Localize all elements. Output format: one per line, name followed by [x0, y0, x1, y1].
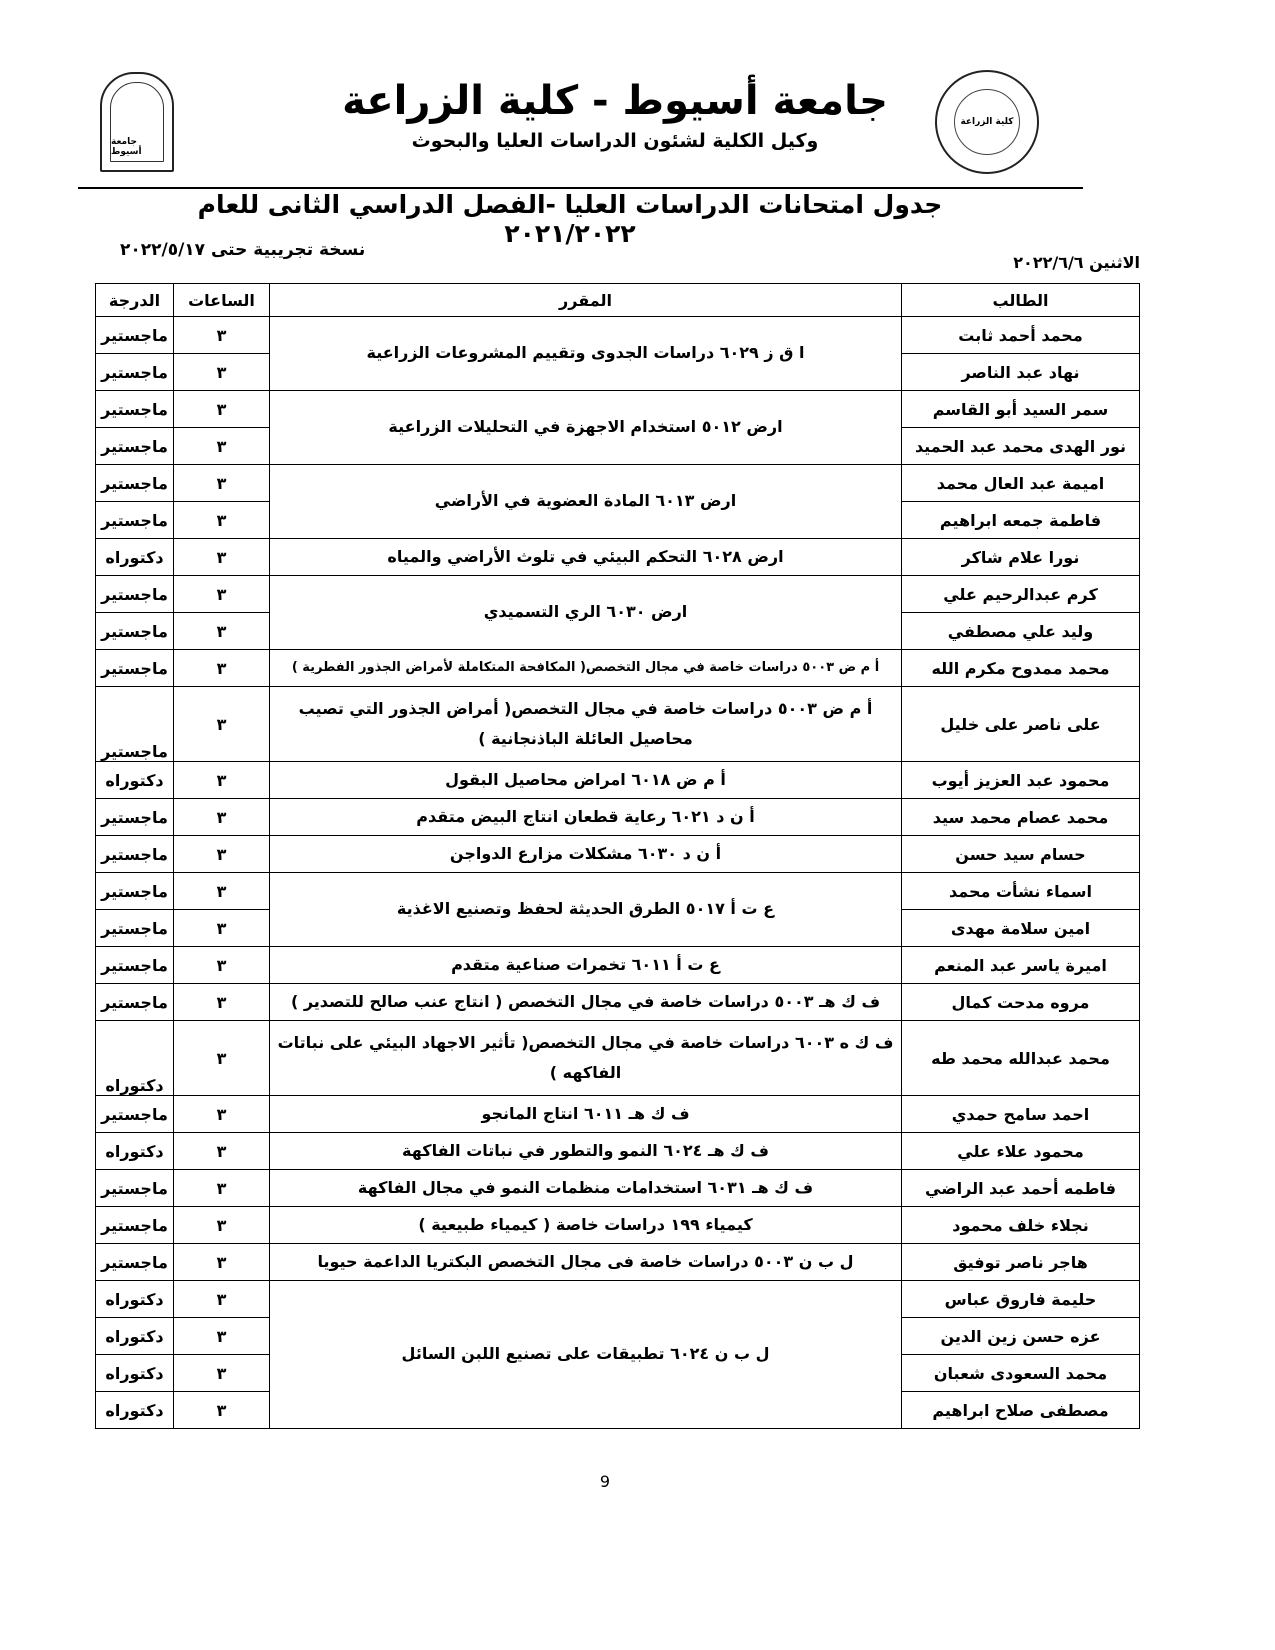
hours-cell: ٣ — [174, 465, 270, 502]
hours-cell: ٣ — [174, 354, 270, 391]
course-cell: ا ق ز ٦٠٢٩ دراسات الجدوى وتقييم المشروعا… — [270, 317, 902, 391]
student-name-cell: محمد السعودى شعبان — [902, 1355, 1140, 1392]
degree-cell: دكتوراه — [96, 1318, 174, 1355]
hours-cell: ٣ — [174, 762, 270, 799]
degree-cell: دكتوراه — [96, 1133, 174, 1170]
table-row: حسام سيد حسنأ ن د ٦٠٣٠ مشكلات مزارع الدو… — [96, 836, 1140, 873]
header-degree: الدرجة — [96, 284, 174, 317]
degree-cell: ماجستير — [96, 317, 174, 354]
course-cell: ف ك ه ٦٠٠٣ دراسات خاصة في مجال التخصص( ت… — [270, 1021, 902, 1096]
exam-schedule-table: الطالب المقرر الساعات الدرجة محمد أحمد ث… — [95, 283, 1140, 1429]
header-course: المقرر — [270, 284, 902, 317]
hours-cell: ٣ — [174, 799, 270, 836]
course-cell: ارض ٥٠١٢ استخدام الاجهزة في التحليلات ال… — [270, 391, 902, 465]
table-row: اسماء نشأت محمدع ت أ ٥٠١٧ الطرق الحديثة … — [96, 873, 1140, 910]
table-body: محمد أحمد ثابتا ق ز ٦٠٢٩ دراسات الجدوى و… — [96, 317, 1140, 1429]
table-row: سمر السيد أبو القاسمارض ٥٠١٢ استخدام الا… — [96, 391, 1140, 428]
student-name-cell: عزه حسن زين الدين — [902, 1318, 1140, 1355]
student-name-cell: نهاد عبد الناصر — [902, 354, 1140, 391]
logo-inner-text: جامعة أسيوط — [110, 82, 164, 162]
hours-cell: ٣ — [174, 502, 270, 539]
hours-cell: ٣ — [174, 910, 270, 947]
student-name-cell: نور الهدى محمد عبد الحميد — [902, 428, 1140, 465]
student-name-cell: نورا علام شاكر — [902, 539, 1140, 576]
student-name-cell: حسام سيد حسن — [902, 836, 1140, 873]
exam-date: الاثنين ٢٠٢٢/٦/٦ — [930, 253, 1140, 272]
student-name-cell: كرم عبدالرحيم علي — [902, 576, 1140, 613]
student-name-cell: مصطفى صلاح ابراهيم — [902, 1392, 1140, 1429]
student-name-cell: محمد عصام محمد سيد — [902, 799, 1140, 836]
degree-cell: ماجستير — [96, 1096, 174, 1133]
table-row: حليمة فاروق عباسل ب ن ٦٠٢٤ تطبيقات على ت… — [96, 1281, 1140, 1318]
degree-cell: ماجستير — [96, 799, 174, 836]
student-name-cell: فاطمه أحمد عبد الراضي — [902, 1170, 1140, 1207]
table-row: نجلاء خلف محمودكيمياء ١٩٩ دراسات خاصة ( … — [96, 1207, 1140, 1244]
student-name-cell: نجلاء خلف محمود — [902, 1207, 1140, 1244]
table-row: محمد أحمد ثابتا ق ز ٦٠٢٩ دراسات الجدوى و… — [96, 317, 1140, 354]
degree-cell: دكتوراه — [96, 1021, 174, 1096]
page-number: 9 — [590, 1472, 620, 1491]
degree-cell: ماجستير — [96, 650, 174, 687]
header-student: الطالب — [902, 284, 1140, 317]
course-cell: ف ك هـ ٥٠٠٣ دراسات خاصة في مجال التخصص (… — [270, 984, 902, 1021]
table-row: نورا علام شاكرارض ٦٠٢٨ التحكم البيئي في … — [96, 539, 1140, 576]
degree-cell: دكتوراه — [96, 539, 174, 576]
student-name-cell: محمد ممدوح مكرم الله — [902, 650, 1140, 687]
course-cell: ارض ٦٠٢٨ التحكم البيئي في تلوث الأراضي و… — [270, 539, 902, 576]
hours-cell: ٣ — [174, 428, 270, 465]
degree-cell: ماجستير — [96, 910, 174, 947]
table-row: محمود علاء عليف ك هـ ٦٠٢٤ النمو والتطور … — [96, 1133, 1140, 1170]
student-name-cell: مروه مدحت كمال — [902, 984, 1140, 1021]
table-row: مروه مدحت كمالف ك هـ ٥٠٠٣ دراسات خاصة في… — [96, 984, 1140, 1021]
hours-cell: ٣ — [174, 1318, 270, 1355]
table-row: على ناصر على خليلأ م ض ٥٠٠٣ دراسات خاصة … — [96, 687, 1140, 762]
hours-cell: ٣ — [174, 1244, 270, 1281]
course-cell: ارض ٦٠٣٠ الري التسميدي — [270, 576, 902, 650]
hours-cell: ٣ — [174, 947, 270, 984]
course-cell: ع ت أ ٥٠١٧ الطرق الحديثة لحفظ وتصنيع الا… — [270, 873, 902, 947]
hours-cell: ٣ — [174, 1133, 270, 1170]
hours-cell: ٣ — [174, 391, 270, 428]
course-cell: أ م ض ٦٠١٨ امراض محاصيل البقول — [270, 762, 902, 799]
hours-cell: ٣ — [174, 539, 270, 576]
student-name-cell: امين سلامة مهدى — [902, 910, 1140, 947]
degree-cell: ماجستير — [96, 984, 174, 1021]
hours-cell: ٣ — [174, 1207, 270, 1244]
table-row: اميمة عبد العال محمدارض ٦٠١٣ المادة العض… — [96, 465, 1140, 502]
table-row: هاجر ناصر توفيقل ب ن ٥٠٠٣ دراسات خاصة فى… — [96, 1244, 1140, 1281]
degree-cell: ماجستير — [96, 613, 174, 650]
university-title: جامعة أسيوط - كلية الزراعة — [250, 78, 980, 124]
hours-cell: ٣ — [174, 1021, 270, 1096]
degree-cell: ماجستير — [96, 428, 174, 465]
course-cell: ف ك هـ ٦٠٣١ استخدامات منظمات النمو في مج… — [270, 1170, 902, 1207]
table-row: احمد سامح حمديف ك هـ ٦٠١١ انتاج المانجو٣… — [96, 1096, 1140, 1133]
hours-cell: ٣ — [174, 576, 270, 613]
degree-cell: ماجستير — [96, 873, 174, 910]
header-divider — [78, 187, 1083, 189]
hours-cell: ٣ — [174, 1096, 270, 1133]
degree-cell: ماجستير — [96, 687, 174, 762]
degree-cell: دكتوراه — [96, 1281, 174, 1318]
student-name-cell: على ناصر على خليل — [902, 687, 1140, 762]
hours-cell: ٣ — [174, 1281, 270, 1318]
student-name-cell: احمد سامح حمدي — [902, 1096, 1140, 1133]
university-logo: جامعة أسيوط — [100, 72, 174, 172]
degree-cell: ماجستير — [96, 502, 174, 539]
degree-cell: ماجستير — [96, 1207, 174, 1244]
table-row: اميرة ياسر عبد المنعمع ت أ ٦٠١١ تخمرات ص… — [96, 947, 1140, 984]
course-cell: ل ب ن ٥٠٠٣ دراسات خاصة فى مجال التخصص ال… — [270, 1244, 902, 1281]
hours-cell: ٣ — [174, 317, 270, 354]
hours-cell: ٣ — [174, 1170, 270, 1207]
degree-cell: ماجستير — [96, 576, 174, 613]
degree-cell: ماجستير — [96, 465, 174, 502]
course-cell: ف ك هـ ٦٠٢٤ النمو والتطور في نباتات الفا… — [270, 1133, 902, 1170]
student-name-cell: فاطمة جمعه ابراهيم — [902, 502, 1140, 539]
course-cell: أ م ض ٥٠٠٣ دراسات خاصة في مجال التخصص( ا… — [270, 650, 902, 687]
hours-cell: ٣ — [174, 1355, 270, 1392]
table-header-row: الطالب المقرر الساعات الدرجة — [96, 284, 1140, 317]
course-cell: أ ن د ٦٠٣٠ مشكلات مزارع الدواجن — [270, 836, 902, 873]
table-row: محمد عصام محمد سيدأ ن د ٦٠٢١ رعاية قطعان… — [96, 799, 1140, 836]
degree-cell: ماجستير — [96, 836, 174, 873]
hours-cell: ٣ — [174, 1392, 270, 1429]
student-name-cell: محمود عبد العزيز أيوب — [902, 762, 1140, 799]
course-cell: ف ك هـ ٦٠١١ انتاج المانجو — [270, 1096, 902, 1133]
degree-cell: ماجستير — [96, 1244, 174, 1281]
student-name-cell: هاجر ناصر توفيق — [902, 1244, 1140, 1281]
student-name-cell: اميمة عبد العال محمد — [902, 465, 1140, 502]
table-row: محمد عبدالله محمد طهف ك ه ٦٠٠٣ دراسات خا… — [96, 1021, 1140, 1096]
degree-cell: دكتوراه — [96, 762, 174, 799]
student-name-cell: سمر السيد أبو القاسم — [902, 391, 1140, 428]
hours-cell: ٣ — [174, 687, 270, 762]
trial-version-note: نسخة تجريبية حتى ٢٠٢٢/٥/١٧ — [120, 240, 420, 260]
hours-cell: ٣ — [174, 613, 270, 650]
student-name-cell: محمد أحمد ثابت — [902, 317, 1140, 354]
table-row: محمد ممدوح مكرم اللهأ م ض ٥٠٠٣ دراسات خا… — [96, 650, 1140, 687]
degree-cell: دكتوراه — [96, 1392, 174, 1429]
degree-cell: ماجستير — [96, 947, 174, 984]
student-name-cell: اميرة ياسر عبد المنعم — [902, 947, 1140, 984]
course-cell: كيمياء ١٩٩ دراسات خاصة ( كيمياء طبيعية ) — [270, 1207, 902, 1244]
table-row: محمود عبد العزيز أيوبأ م ض ٦٠١٨ امراض مح… — [96, 762, 1140, 799]
course-cell: ع ت أ ٦٠١١ تخمرات صناعية متقدم — [270, 947, 902, 984]
course-cell: أ ن د ٦٠٢١ رعاية قطعان انتاج البيض متقدم — [270, 799, 902, 836]
table-row: فاطمه أحمد عبد الراضيف ك هـ ٦٠٣١ استخدام… — [96, 1170, 1140, 1207]
degree-cell: ماجستير — [96, 1170, 174, 1207]
student-name-cell: اسماء نشأت محمد — [902, 873, 1140, 910]
degree-cell: دكتوراه — [96, 1355, 174, 1392]
course-cell: ل ب ن ٦٠٢٤ تطبيقات على تصنيع اللبن السائ… — [270, 1281, 902, 1429]
student-name-cell: وليد علي مصطفي — [902, 613, 1140, 650]
degree-cell: ماجستير — [96, 354, 174, 391]
hours-cell: ٣ — [174, 984, 270, 1021]
header-hours: الساعات — [174, 284, 270, 317]
student-name-cell: حليمة فاروق عباس — [902, 1281, 1140, 1318]
course-cell: أ م ض ٥٠٠٣ دراسات خاصة في مجال التخصص( أ… — [270, 687, 902, 762]
course-cell: ارض ٦٠١٣ المادة العضوية في الأراضي — [270, 465, 902, 539]
table-row: كرم عبدالرحيم عليارض ٦٠٣٠ الري التسميدي٣… — [96, 576, 1140, 613]
hours-cell: ٣ — [174, 836, 270, 873]
office-subtitle: وكيل الكلية لشئون الدراسات العليا والبحو… — [250, 130, 980, 152]
student-name-cell: محمود علاء علي — [902, 1133, 1140, 1170]
student-name-cell: محمد عبدالله محمد طه — [902, 1021, 1140, 1096]
degree-cell: ماجستير — [96, 391, 174, 428]
hours-cell: ٣ — [174, 650, 270, 687]
hours-cell: ٣ — [174, 873, 270, 910]
